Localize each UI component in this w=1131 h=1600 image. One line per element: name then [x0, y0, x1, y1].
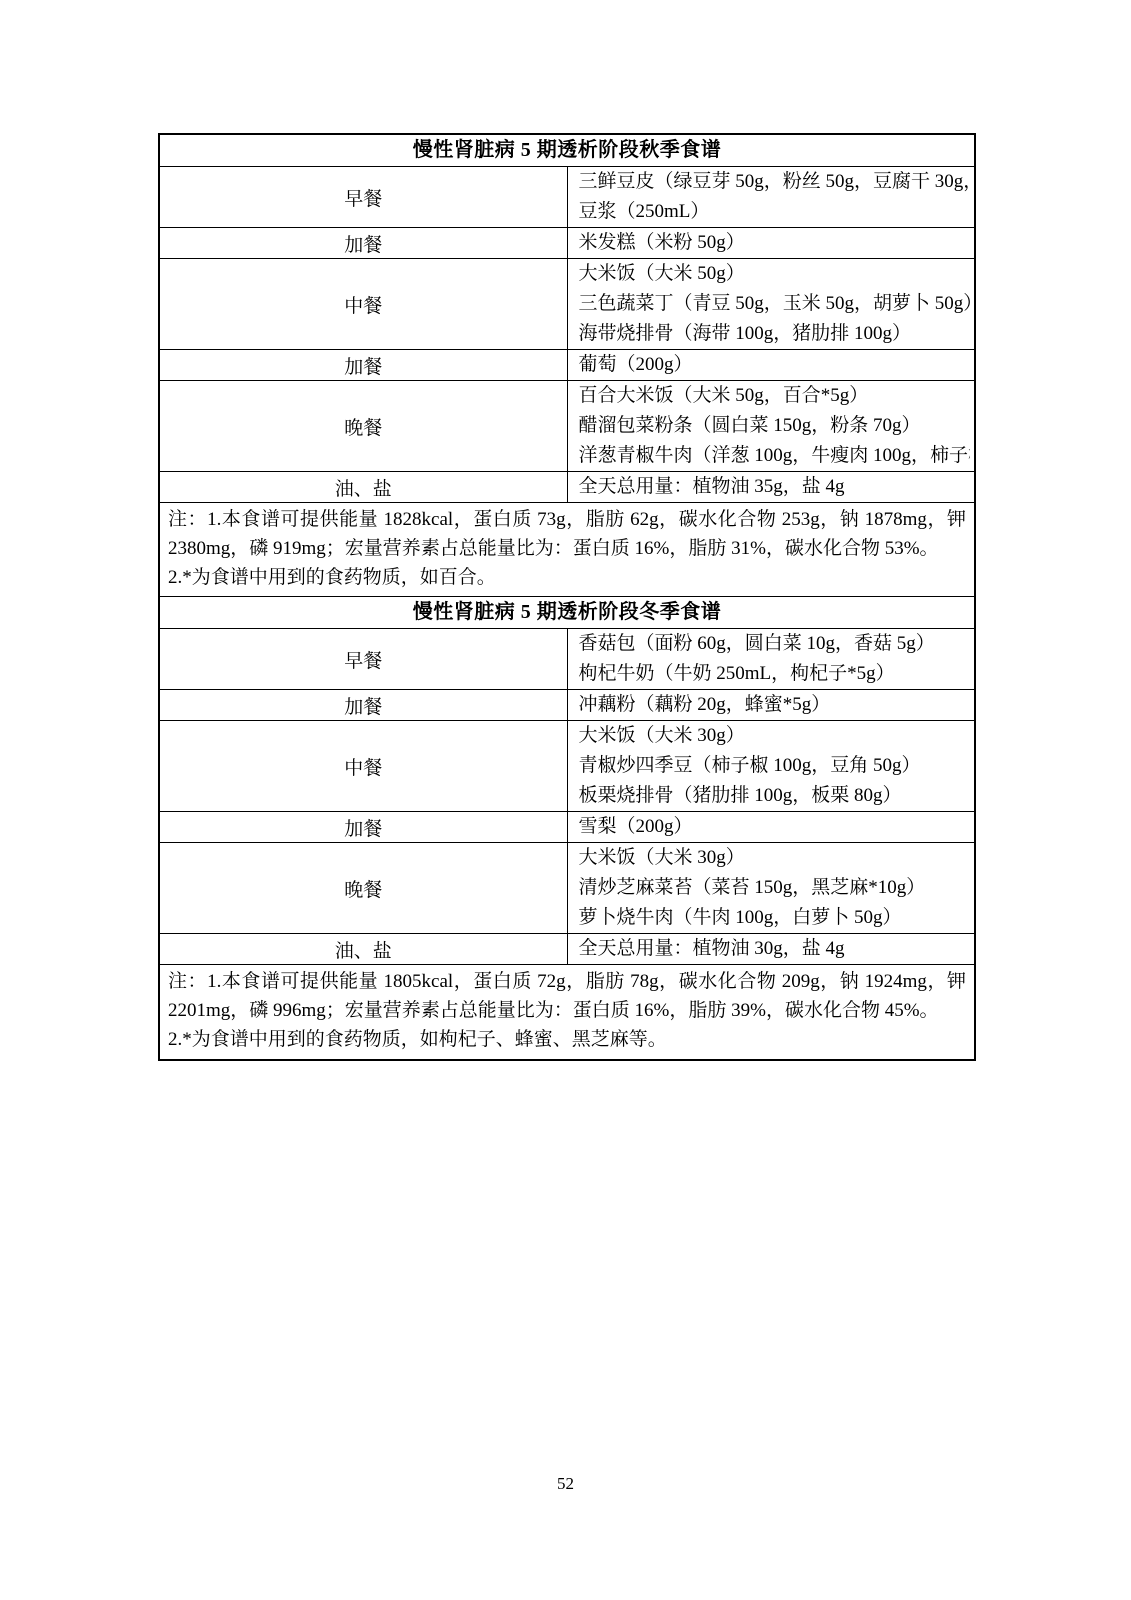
meal-label: 加餐 [159, 690, 567, 721]
table-title-row: 慢性肾脏病 5 期透析阶段秋季食谱 [159, 134, 975, 167]
meal-item: 清炒芝麻菜苔（菜苔 150g，黑芝麻*10g） [579, 873, 971, 903]
table-row: 加餐 雪梨（200g） [159, 812, 975, 843]
meal-label: 油、盐 [159, 934, 567, 965]
meal-label: 早餐 [159, 629, 567, 690]
meal-label: 早餐 [159, 167, 567, 228]
page-number: 52 [0, 1474, 1131, 1494]
note-paragraph: 2.*为食谱中用到的食药物质，如枸杞子、蜂蜜、黑芝麻等。 [168, 1026, 966, 1055]
table-row: 加餐 米发糕（米粉 50g） [159, 228, 975, 259]
meal-label: 油、盐 [159, 472, 567, 503]
meal-label: 加餐 [159, 812, 567, 843]
meal-items: 大米饭（大米 30g） 青椒炒四季豆（柿子椒 100g，豆角 50g） 板栗烧排… [567, 721, 975, 812]
meal-label: 加餐 [159, 228, 567, 259]
meal-label: 中餐 [159, 721, 567, 812]
meal-item: 大米饭（大米 50g） [579, 259, 971, 289]
note-paragraph: 注：1.本食谱可提供能量 1828kcal，蛋白质 73g，脂肪 62g，碳水化… [168, 506, 966, 564]
table-title-autumn: 慢性肾脏病 5 期透析阶段秋季食谱 [159, 134, 975, 167]
meal-item: 青椒炒四季豆（柿子椒 100g，豆角 50g） [579, 751, 971, 781]
meal-item: 洋葱青椒牛肉（洋葱 100g，牛瘦肉 100g，柿子椒 50g） [579, 441, 971, 471]
table-row: 晚餐 百合大米饭（大米 50g，百合*5g） 醋溜包菜粉条（圆白菜 150g，粉… [159, 381, 975, 472]
meal-label: 晚餐 [159, 381, 567, 472]
document-page: 慢性肾脏病 5 期透析阶段秋季食谱 早餐 三鲜豆皮（绿豆芽 50g，粉丝 50g… [158, 133, 976, 1061]
meal-item: 大米饭（大米 30g） [579, 843, 971, 873]
notes-row: 注：1.本食谱可提供能量 1828kcal，蛋白质 73g，脂肪 62g，碳水化… [159, 503, 975, 597]
meal-item: 三色蔬菜丁（青豆 50g，玉米 50g，胡萝卜 50g） [579, 289, 971, 319]
meal-item: 醋溜包菜粉条（圆白菜 150g，粉条 70g） [579, 411, 971, 441]
table-row: 油、盐 全天总用量：植物油 30g，盐 4g [159, 934, 975, 965]
meal-item: 百合大米饭（大米 50g，百合*5g） [579, 381, 971, 411]
meal-item: 葡萄（200g） [579, 350, 971, 380]
table-row: 中餐 大米饭（大米 50g） 三色蔬菜丁（青豆 50g，玉米 50g，胡萝卜 5… [159, 259, 975, 350]
meal-items: 三鲜豆皮（绿豆芽 50g，粉丝 50g，豆腐干 30g，香菇 10g） 豆浆（2… [567, 167, 975, 228]
table-row: 早餐 三鲜豆皮（绿豆芽 50g，粉丝 50g，豆腐干 30g，香菇 10g） 豆… [159, 167, 975, 228]
meal-items: 葡萄（200g） [567, 350, 975, 381]
meal-label: 加餐 [159, 350, 567, 381]
table-notes-autumn: 注：1.本食谱可提供能量 1828kcal，蛋白质 73g，脂肪 62g，碳水化… [159, 503, 975, 597]
meal-items: 香菇包（面粉 60g，圆白菜 10g，香菇 5g） 枸杞牛奶（牛奶 250mL，… [567, 629, 975, 690]
meal-item: 雪梨（200g） [579, 812, 971, 842]
meal-items: 雪梨（200g） [567, 812, 975, 843]
meal-item: 全天总用量：植物油 35g，盐 4g [579, 472, 971, 502]
meal-item: 米发糕（米粉 50g） [579, 228, 971, 258]
meal-item: 大米饭（大米 30g） [579, 721, 971, 751]
table-row: 中餐 大米饭（大米 30g） 青椒炒四季豆（柿子椒 100g，豆角 50g） 板… [159, 721, 975, 812]
table-notes-winter: 注：1.本食谱可提供能量 1805kcal，蛋白质 72g，脂肪 78g，碳水化… [159, 965, 975, 1060]
meal-items: 冲藕粉（藕粉 20g，蜂蜜*5g） [567, 690, 975, 721]
meal-item: 香菇包（面粉 60g，圆白菜 10g，香菇 5g） [579, 629, 971, 659]
table-title-winter: 慢性肾脏病 5 期透析阶段冬季食谱 [159, 597, 975, 629]
meal-item: 萝卜烧牛肉（牛肉 100g，白萝卜 50g） [579, 903, 971, 933]
meal-items: 米发糕（米粉 50g） [567, 228, 975, 259]
notes-row: 注：1.本食谱可提供能量 1805kcal，蛋白质 72g，脂肪 78g，碳水化… [159, 965, 975, 1060]
table-row: 油、盐 全天总用量：植物油 35g，盐 4g [159, 472, 975, 503]
meal-item: 豆浆（250mL） [579, 197, 971, 227]
meal-item: 冲藕粉（藕粉 20g，蜂蜜*5g） [579, 690, 971, 720]
meal-item: 枸杞牛奶（牛奶 250mL，枸杞子*5g） [579, 659, 971, 689]
meal-items: 大米饭（大米 50g） 三色蔬菜丁（青豆 50g，玉米 50g，胡萝卜 50g）… [567, 259, 975, 350]
meal-items: 全天总用量：植物油 35g，盐 4g [567, 472, 975, 503]
meal-items: 全天总用量：植物油 30g，盐 4g [567, 934, 975, 965]
meal-items: 大米饭（大米 30g） 清炒芝麻菜苔（菜苔 150g，黑芝麻*10g） 萝卜烧牛… [567, 843, 975, 934]
table-row: 晚餐 大米饭（大米 30g） 清炒芝麻菜苔（菜苔 150g，黑芝麻*10g） 萝… [159, 843, 975, 934]
meal-label: 中餐 [159, 259, 567, 350]
meal-item: 全天总用量：植物油 30g，盐 4g [579, 934, 971, 964]
meal-item: 海带烧排骨（海带 100g，猪肋排 100g） [579, 319, 971, 349]
table-row: 加餐 葡萄（200g） [159, 350, 975, 381]
table-row: 加餐 冲藕粉（藕粉 20g，蜂蜜*5g） [159, 690, 975, 721]
meal-item: 板栗烧排骨（猪肋排 100g，板栗 80g） [579, 781, 971, 811]
note-paragraph: 2.*为食谱中用到的食药物质，如百合。 [168, 564, 966, 593]
meal-label: 晚餐 [159, 843, 567, 934]
diet-table: 慢性肾脏病 5 期透析阶段秋季食谱 早餐 三鲜豆皮（绿豆芽 50g，粉丝 50g… [158, 133, 976, 1061]
note-paragraph: 注：1.本食谱可提供能量 1805kcal，蛋白质 72g，脂肪 78g，碳水化… [168, 968, 966, 1026]
table-title-row: 慢性肾脏病 5 期透析阶段冬季食谱 [159, 597, 975, 629]
meal-items: 百合大米饭（大米 50g，百合*5g） 醋溜包菜粉条（圆白菜 150g，粉条 7… [567, 381, 975, 472]
table-row: 早餐 香菇包（面粉 60g，圆白菜 10g，香菇 5g） 枸杞牛奶（牛奶 250… [159, 629, 975, 690]
meal-item: 三鲜豆皮（绿豆芽 50g，粉丝 50g，豆腐干 30g，香菇 10g） [579, 167, 971, 197]
